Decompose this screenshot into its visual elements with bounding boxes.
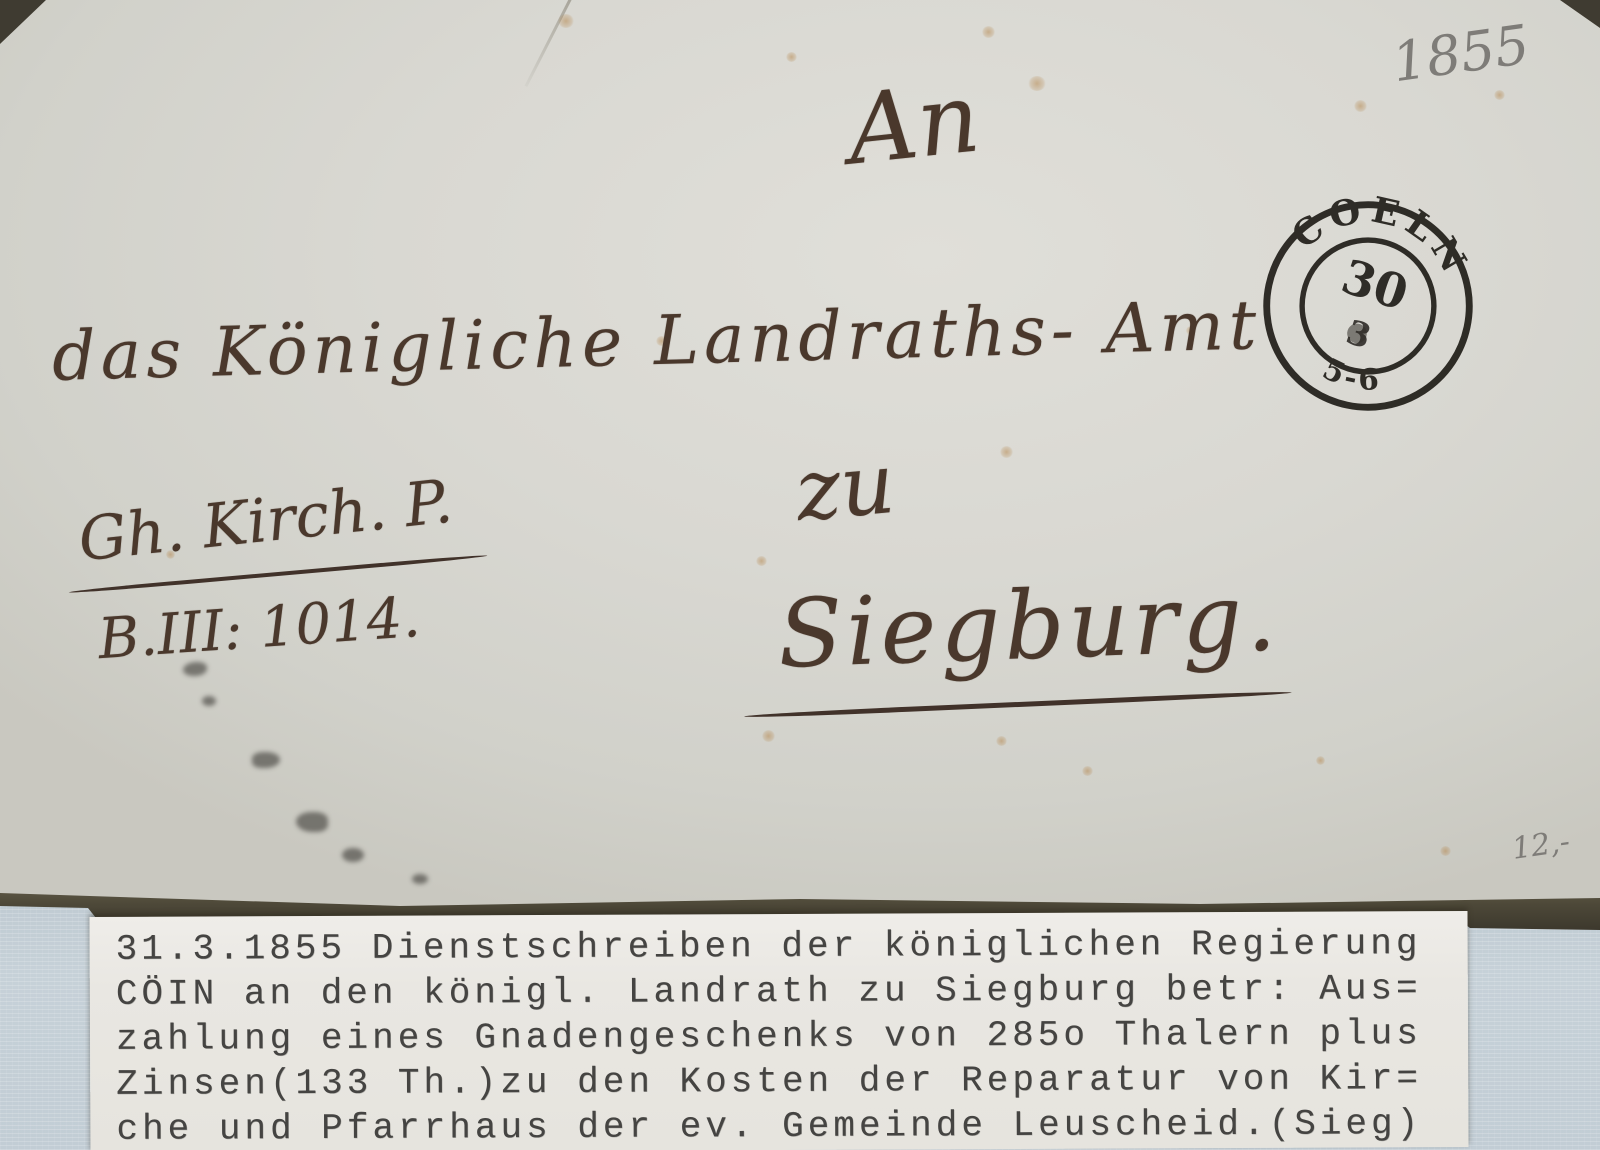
price-annotation: 12,- — [1510, 824, 1572, 867]
foxing-spot — [1000, 446, 1013, 458]
address-zu-line: zu — [792, 434, 899, 540]
ink-smudge — [202, 696, 216, 706]
year-annotation: 1855 — [1388, 13, 1533, 95]
registry-reference-note: Gh. Kirch. P. — [75, 467, 455, 576]
label-line-2: CÖIN an den königl. Landrath zu Siegburg… — [116, 966, 1468, 1017]
city-underline — [744, 690, 1292, 719]
ink-smudge — [342, 848, 364, 862]
foxing-spot — [786, 52, 797, 62]
address-salutation: An — [843, 61, 985, 186]
foxing-spot — [1082, 766, 1093, 776]
typed-description-label: 31.3.1855 Dienstschreiben der königliche… — [89, 911, 1468, 1150]
label-line-5: che und Pfarrhaus der ev. Gemeinde Leusc… — [116, 1101, 1468, 1150]
ink-smudge — [412, 874, 428, 884]
foxing-spot — [1316, 756, 1325, 765]
postmark-month: 3 — [1342, 312, 1376, 356]
foxing-spot — [1028, 76, 1046, 91]
file-number-note: B.III: 1014. — [96, 585, 422, 672]
address-city-line: Siegburg. — [776, 563, 1281, 689]
foxing-spot — [996, 736, 1007, 746]
ink-smudge — [252, 752, 280, 768]
foxing-spot — [1494, 90, 1505, 100]
foxing-spot — [756, 556, 767, 566]
photo-of-postal-cover: 1855 An das Königliche Landraths- Amt zu… — [0, 0, 1600, 1150]
postmark-day: 30 — [1335, 249, 1414, 322]
foxing-spot — [1440, 846, 1451, 856]
foxing-spot — [558, 14, 574, 28]
label-line-1: 31.3.1855 Dienstschreiben der königliche… — [116, 921, 1468, 972]
paper-crease — [525, 0, 575, 87]
envelope: 1855 An das Königliche Landraths- Amt zu… — [0, 0, 1600, 916]
address-authority-line: das Königliche Landraths- Amt — [51, 286, 1262, 397]
postmark-coeln: COELN 30 3 5-6 — [1228, 166, 1508, 446]
foxing-spot — [762, 730, 775, 742]
label-line-4: Zinsen(133 Th.)zu den Kosten der Reparat… — [116, 1056, 1468, 1107]
foxing-spot — [1354, 100, 1367, 112]
ink-smudge — [296, 812, 328, 832]
label-line-3: zahlung eines Gnadengeschenks von 285o T… — [116, 1011, 1468, 1062]
foxing-spot — [982, 26, 995, 38]
